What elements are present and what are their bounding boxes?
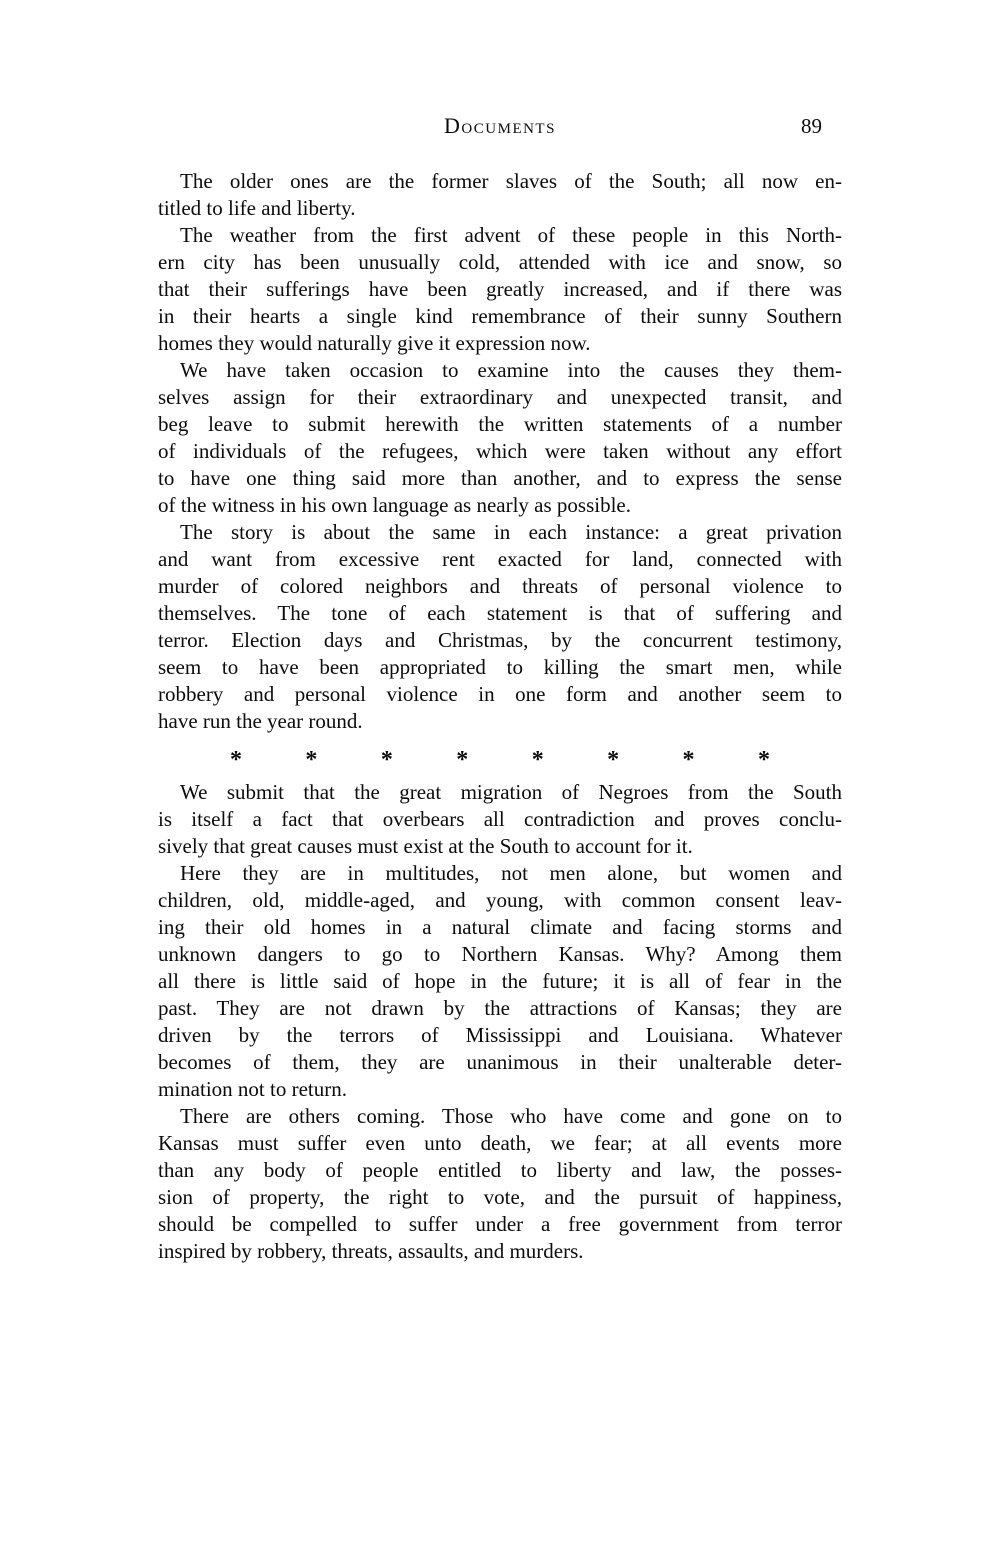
text-line: titled to life and liberty. xyxy=(158,195,842,222)
text-line: and want from excessive rent exacted for… xyxy=(158,546,842,573)
text-line: Kansas must suffer even unto death, we f… xyxy=(158,1130,842,1157)
asterisk-separator: ******** xyxy=(158,743,842,769)
paragraph: The weather from the first advent of the… xyxy=(158,222,842,357)
paragraph: Here they are in multitudes, not men alo… xyxy=(158,860,842,1103)
text-line: robbery and personal violence in one for… xyxy=(158,681,842,708)
text-line: of the witness in his own language as ne… xyxy=(158,492,842,519)
text-line: is itself a fact that overbears all cont… xyxy=(158,806,842,833)
paragraph: The story is about the same in each inst… xyxy=(158,519,842,735)
text-line: in their hearts a single kind remembranc… xyxy=(158,303,842,330)
paragraph: We have taken occasion to examine into t… xyxy=(158,357,842,519)
text-line: themselves. The tone of each statement i… xyxy=(158,600,842,627)
text-line: The weather from the first advent of the… xyxy=(158,222,842,249)
text-line: The older ones are the former slaves of … xyxy=(158,168,842,195)
text-line: The story is about the same in each inst… xyxy=(158,519,842,546)
text-line: of individuals of the refugees, which we… xyxy=(158,438,842,465)
text-line: There are others coming. Those who have … xyxy=(158,1103,842,1130)
text-line: have run the year round. xyxy=(158,708,842,735)
text-line: beg leave to submit herewith the written… xyxy=(158,411,842,438)
page-title: Documents xyxy=(158,112,842,140)
asterisk-icon: * xyxy=(532,747,544,773)
text-line: that their sufferings have been greatly … xyxy=(158,276,842,303)
text-line: inspired by robbery, threats, assaults, … xyxy=(158,1238,842,1265)
asterisk-icon: * xyxy=(230,747,242,773)
text-line: past. They are not drawn by the attracti… xyxy=(158,995,842,1022)
paragraph: There are others coming. Those who have … xyxy=(158,1103,842,1265)
text-line: all there is little said of hope in the … xyxy=(158,968,842,995)
running-head: Documents 89 xyxy=(158,112,842,140)
text-line: to have one thing said more than another… xyxy=(158,465,842,492)
text-line: ing their old homes in a natural climate… xyxy=(158,914,842,941)
text-line: children, old, middle-aged, and young, w… xyxy=(158,887,842,914)
text-line: homes they would naturally give it expre… xyxy=(158,330,842,357)
text-line: should be compelled to suffer under a fr… xyxy=(158,1211,842,1238)
document-body: The older ones are the former slaves of … xyxy=(158,168,842,1265)
asterisk-icon: * xyxy=(305,747,317,773)
text-line: driven by the terrors of Mississippi and… xyxy=(158,1022,842,1049)
text-line: We have taken occasion to examine into t… xyxy=(158,357,842,384)
text-line: than any body of people entitled to libe… xyxy=(158,1157,842,1184)
asterisk-icon: * xyxy=(683,747,695,773)
text-line: We submit that the great migration of Ne… xyxy=(158,779,842,806)
asterisk-icon: * xyxy=(607,747,619,773)
text-line: murder of colored neighbors and threats … xyxy=(158,573,842,600)
paragraph: The older ones are the former slaves of … xyxy=(158,168,842,222)
text-line: ern city has been unusually cold, attend… xyxy=(158,249,842,276)
text-column: Documents 89 The older ones are the form… xyxy=(158,112,842,1265)
text-line: becomes of them, they are unanimous in t… xyxy=(158,1049,842,1076)
scanned-book-page: Documents 89 The older ones are the form… xyxy=(0,0,1000,1552)
text-line: selves assign for their extraordinary an… xyxy=(158,384,842,411)
text-line: terror. Election days and Christmas, by … xyxy=(158,627,842,654)
text-line: seem to have been appropriated to killin… xyxy=(158,654,842,681)
asterisk-icon: * xyxy=(456,747,468,773)
text-line: sively that great causes must exist at t… xyxy=(158,833,842,860)
page-number: 89 xyxy=(801,112,822,140)
paragraph: We submit that the great migration of Ne… xyxy=(158,779,842,860)
asterisk-icon: * xyxy=(381,747,393,773)
text-line: Here they are in multitudes, not men alo… xyxy=(158,860,842,887)
text-line: mination not to return. xyxy=(158,1076,842,1103)
text-line: sion of property, the right to vote, and… xyxy=(158,1184,842,1211)
text-line: unknown dangers to go to Northern Kansas… xyxy=(158,941,842,968)
asterisk-icon: * xyxy=(758,747,770,773)
